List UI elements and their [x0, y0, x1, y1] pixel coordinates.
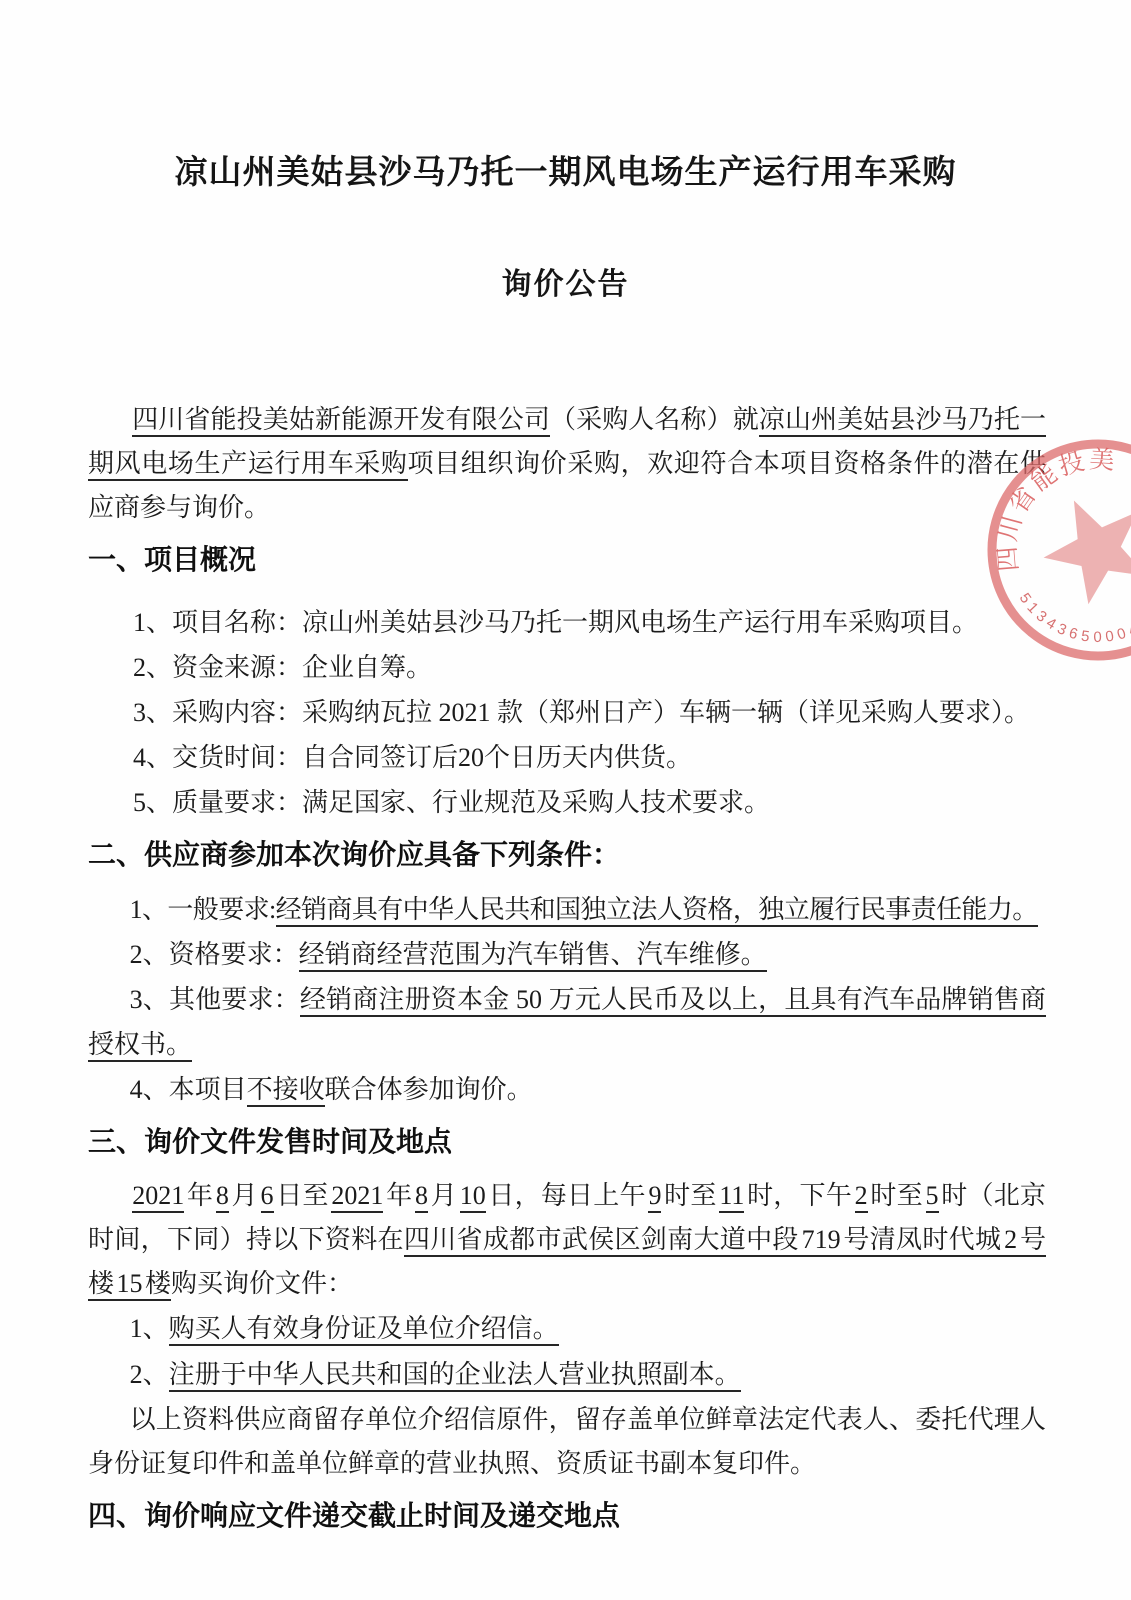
- quality-requirement-item: 5、质量要求：满足国家、行业规范及采购人技术要求。: [88, 780, 1046, 825]
- section-4-heading: 四、询价响应文件递交截止时间及递交地点: [88, 1492, 1046, 1540]
- general-requirement-item: 1、一般要求:经销商具有中华人民共和国独立法人资格，独立履行民事责任能力。: [88, 887, 1046, 932]
- no-consortium-item: 4、本项目不接收联合体参加询价。: [88, 1067, 1046, 1112]
- sale-time-paragraph: 2021 年 8 月 6 日至 2021 年 8 月 10 日，每日上午 9 时…: [88, 1174, 1046, 1306]
- business-license-item: 2、注册于中华人民共和国的企业法人营业执照副本。: [88, 1352, 1046, 1398]
- closing-paragraph: 以上资料供应商留存单位介绍信原件，留存盖单位鲜章法定代表人、委托代理人身份证复印…: [88, 1398, 1046, 1486]
- procurement-content-item: 3、采购内容：采购纳瓦拉 2021 款（郑州日产）车辆一辆（详见采购人要求）。: [88, 690, 1046, 735]
- intro-paragraph: 四川省能投美姑新能源开发有限公司（采购人名称）就凉山州美姑县沙马乃托一期风电场生…: [88, 398, 1046, 530]
- document-title: 凉山州美姑县沙马乃托一期风电场生产运行用车采购: [70, 150, 1061, 194]
- project-name-item: 1、项目名称：凉山州美姑县沙马乃托一期风电场生产运行用车采购项目。: [88, 600, 1046, 645]
- qualification-requirement-item: 2、资格要求：经销商经营范围为汽车销售、汽车维修。: [88, 932, 1046, 977]
- funding-source-item: 2、资金来源：企业自筹。: [88, 645, 1046, 690]
- section-3-heading: 三、询价文件发售时间及地点: [88, 1118, 1046, 1166]
- document-subtitle: 询价公告: [0, 264, 1131, 306]
- other-requirement-item: 3、其他要求：经销商注册资本金 50 万元人民币及以上，且具有汽车品牌销售商授权…: [88, 977, 1046, 1067]
- document-page: 凉山州美姑县沙马乃托一期风电场生产运行用车采购 询价公告 四川省能投美姑新能源开…: [0, 0, 1131, 1600]
- document-body: 四川省能投美姑新能源开发有限公司（采购人名称）就凉山州美姑县沙马乃托一期风电场生…: [0, 398, 1131, 1540]
- delivery-time-item: 4、交货时间：自合同签订后20个日历天内供货。: [88, 735, 1046, 780]
- buyer-id-item: 1、购买人有效身份证及单位介绍信。: [88, 1306, 1046, 1352]
- section-1-heading: 一、项目概况: [88, 536, 1046, 584]
- section-2-heading: 二、供应商参加本次询价应具备下列条件：: [88, 831, 1046, 879]
